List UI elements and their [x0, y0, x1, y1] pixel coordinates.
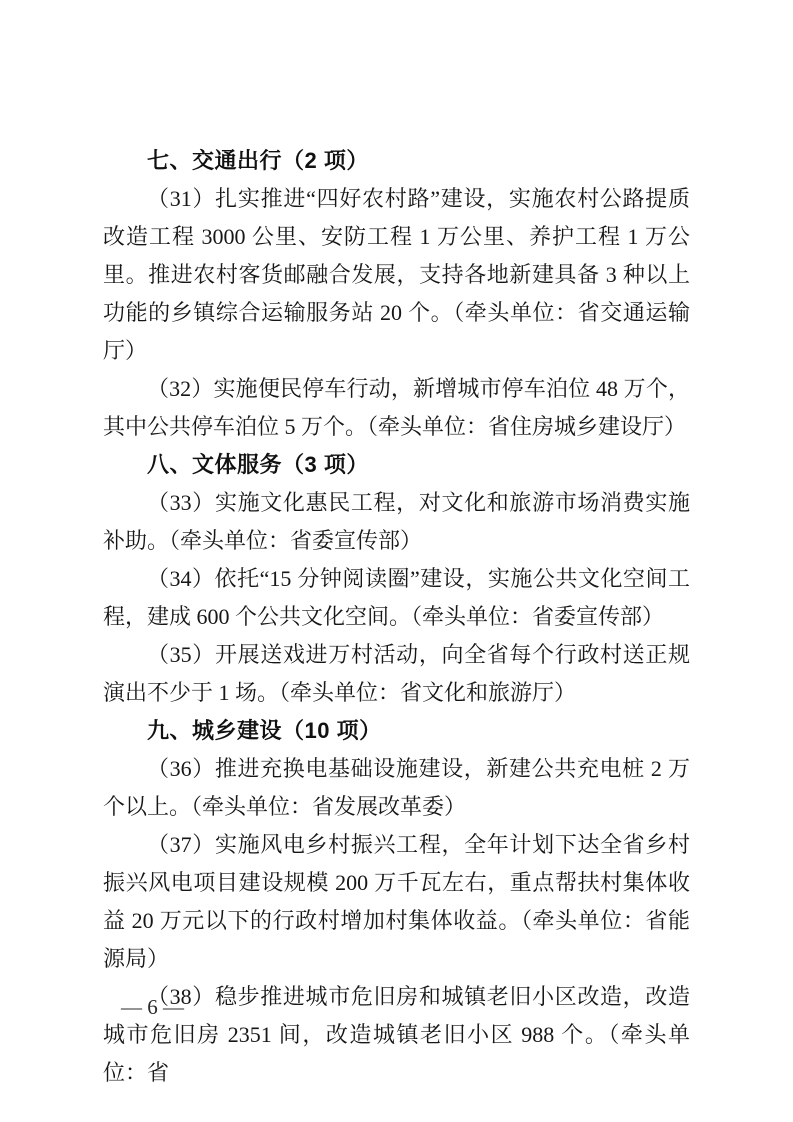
section-heading-transport: 七、交通出行（2 项） — [103, 142, 690, 180]
paragraph-item-38: （38）稳步推进城市危旧房和城镇老旧小区改造，改造城市危旧房 2351 间，改造… — [103, 978, 690, 1092]
paragraph-item-37: （37）实施风电乡村振兴工程，全年计划下达全省乡村振兴风电项目建设规模 200 … — [103, 826, 690, 978]
document-page: 七、交通出行（2 项） （31）扎实推进“四好农村路”建设，实施农村公路提质改造… — [0, 0, 793, 1122]
paragraph-item-35: （35）开展送戏进万村活动，向全省每个行政村送正规演出不少于 1 场。（牵头单位… — [103, 636, 690, 712]
paragraph-item-31: （31）扎实推进“四好农村路”建设，实施农村公路提质改造工程 3000 公里、安… — [103, 180, 690, 370]
paragraph-item-33: （33）实施文化惠民工程，对文化和旅游市场消费实施补助。（牵头单位：省委宣传部） — [103, 484, 690, 560]
paragraph-item-36: （36）推进充换电基础设施建设，新建公共充电桩 2 万个以上。（牵头单位：省发展… — [103, 750, 690, 826]
paragraph-item-34: （34）依托“15 分钟阅读圈”建设，实施公共文化空间工程，建成 600 个公共… — [103, 560, 690, 636]
document-body: 七、交通出行（2 项） （31）扎实推进“四好农村路”建设，实施农村公路提质改造… — [103, 142, 690, 1092]
page-number: — 6 — — [121, 993, 184, 1021]
paragraph-item-32: （32）实施便民停车行动，新增城市停车泊位 48 万个，其中公共停车泊位 5 万… — [103, 370, 690, 446]
section-heading-culture-sports: 八、文体服务（3 项） — [103, 446, 690, 484]
section-heading-urban-rural-construction: 九、城乡建设（10 项） — [103, 712, 690, 750]
